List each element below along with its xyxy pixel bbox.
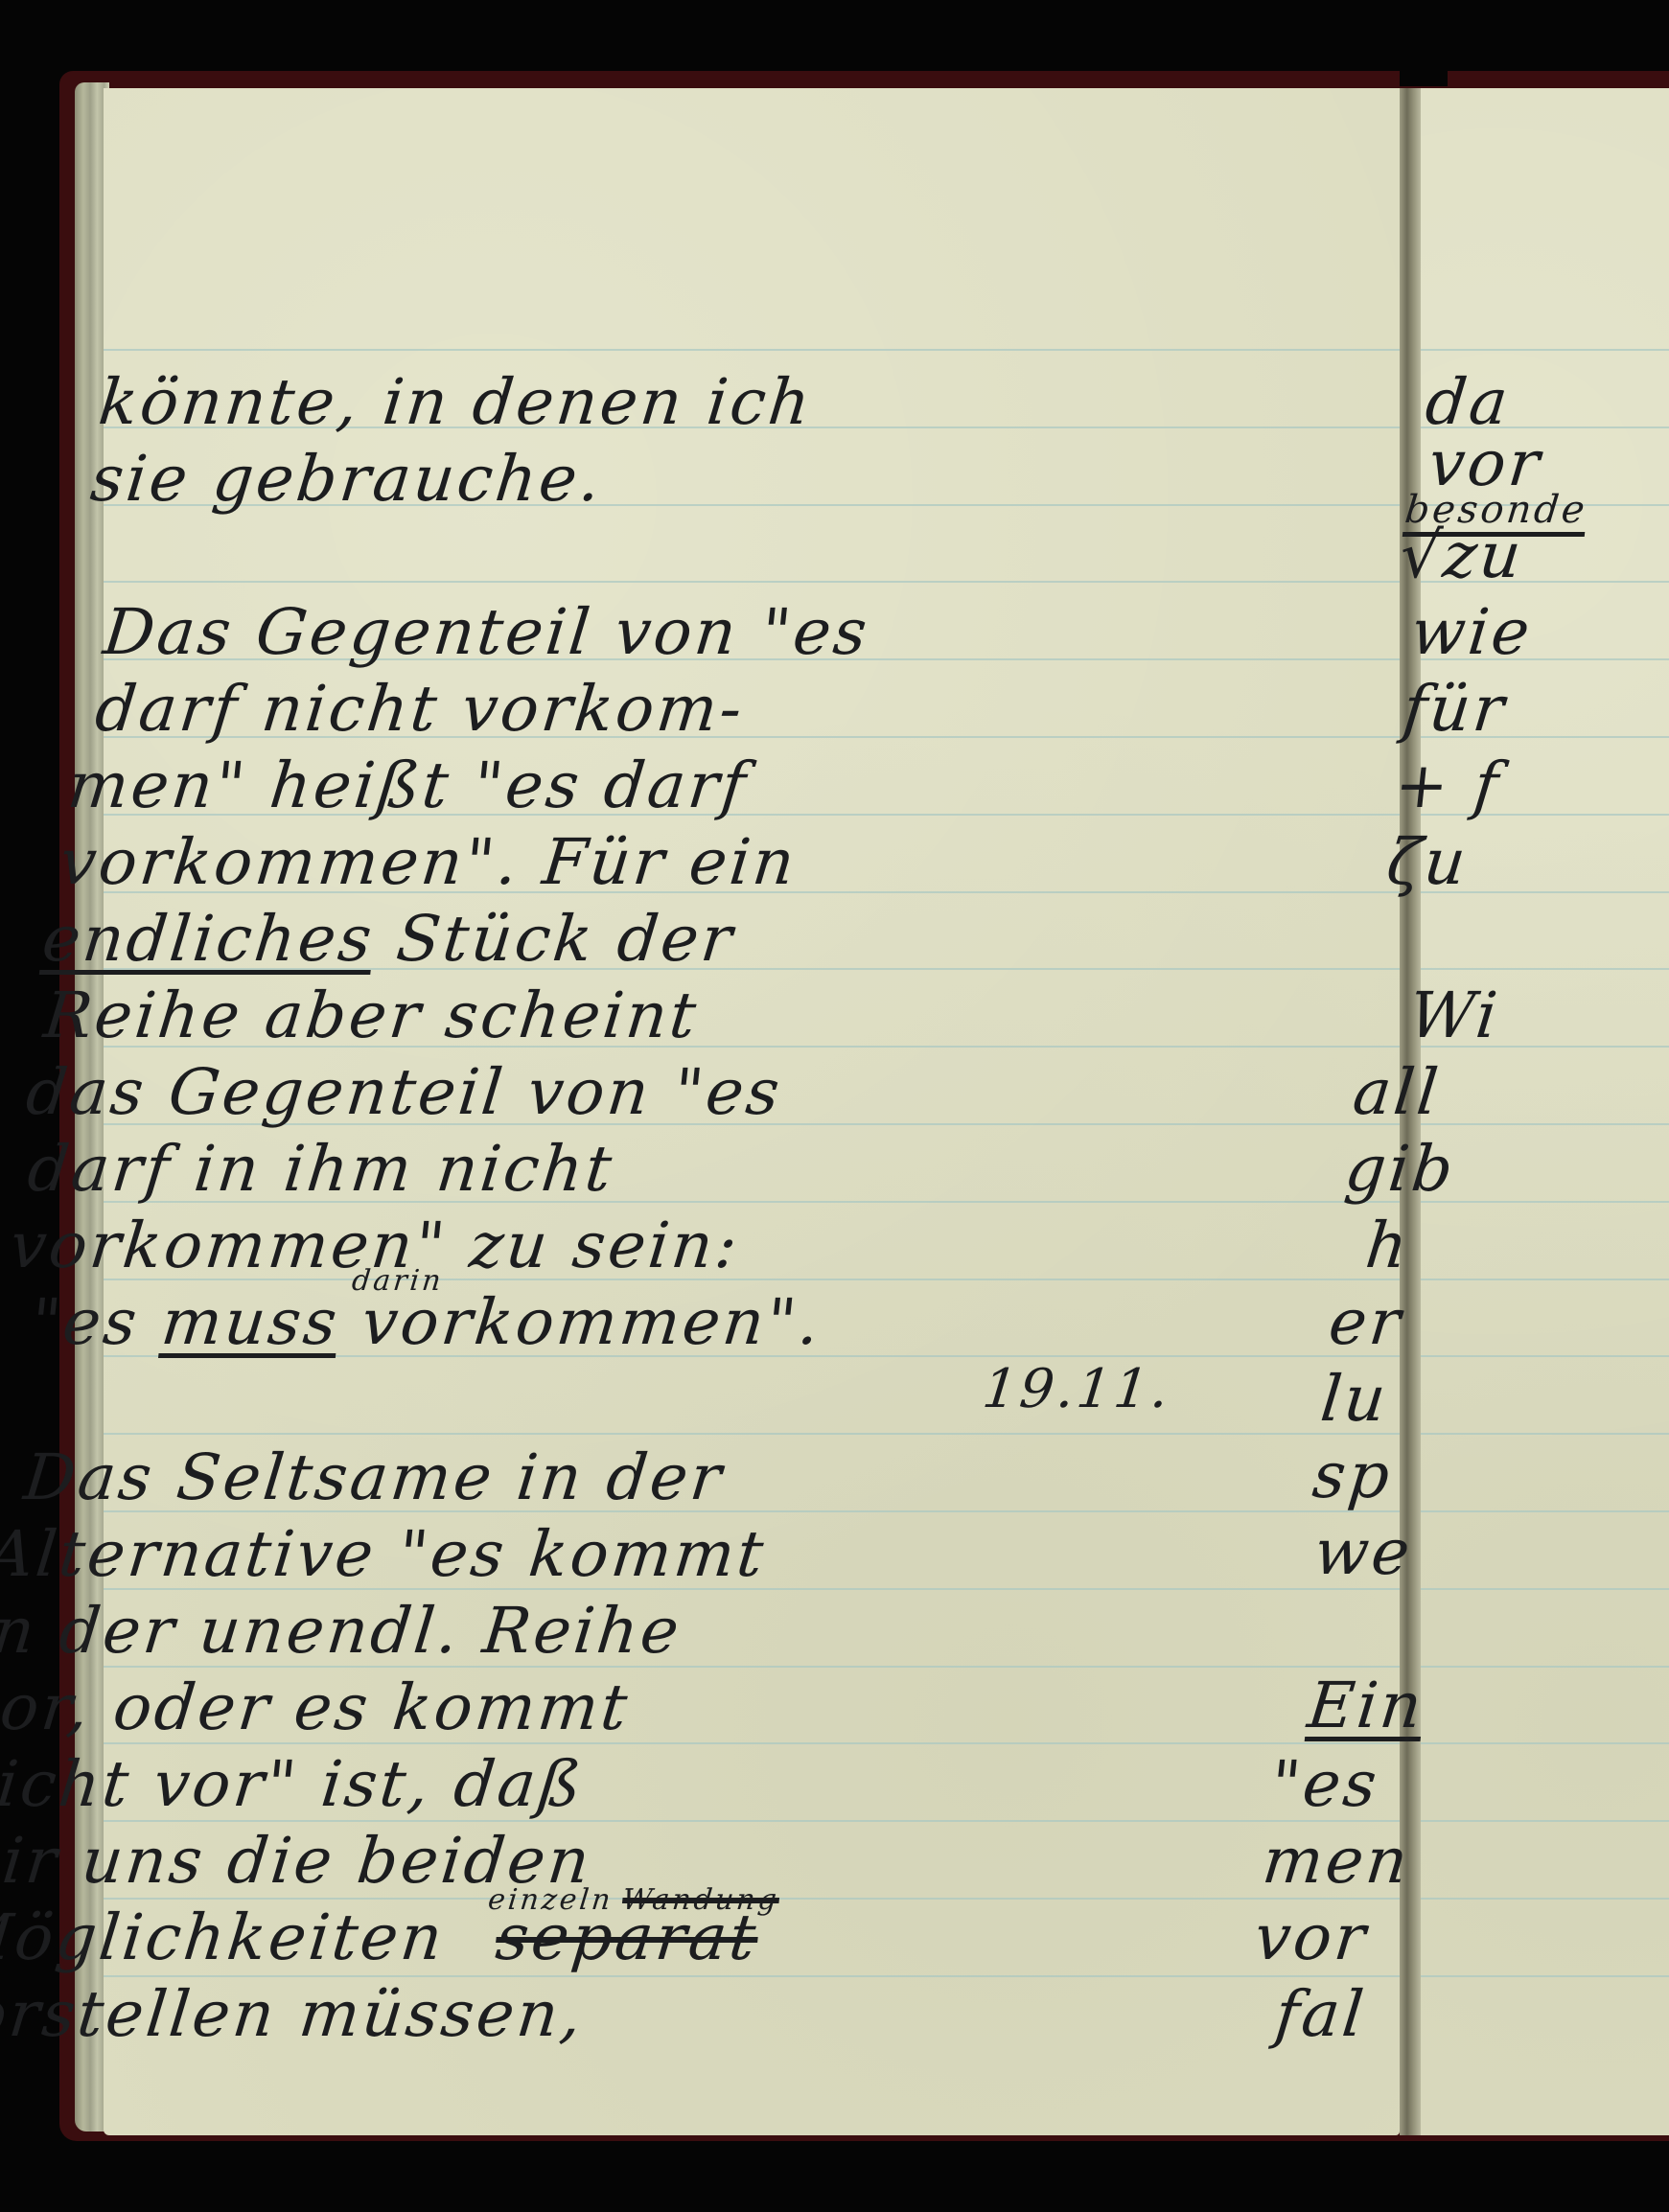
text-line: h — [1362, 1208, 1414, 1284]
ruled-line — [1421, 1279, 1669, 1280]
text-line: darf in ihm nicht — [24, 1131, 617, 1208]
cover-gap — [1400, 58, 1448, 86]
entry-date: 19.11. — [979, 1351, 1175, 1428]
text-line: könnte, in denen ich — [95, 364, 816, 441]
text-line: Alternative "es kommt — [0, 1516, 770, 1593]
text-line: vorkommen". Für ein — [57, 824, 800, 901]
ruled-line — [104, 349, 1400, 351]
text-line: "es muss vorkommen". darin — [27, 1284, 825, 1361]
text-line: we — [1310, 1514, 1416, 1591]
text-line: nicht vor" ist, daß — [0, 1746, 588, 1823]
text-line: in der unendl. Reihe — [0, 1593, 685, 1670]
ruled-line — [1421, 1355, 1669, 1357]
text-line: vorstellen müssen, — [0, 1976, 588, 2053]
text-line: "es — [1267, 1746, 1383, 1823]
ruled-line — [1421, 1742, 1669, 1744]
text-span: "es — [28, 1285, 166, 1359]
left-page: könnte, in denen ich sie gebrauche. Das … — [104, 88, 1400, 2135]
text-line: gib — [1341, 1131, 1459, 1208]
text-line: für — [1400, 671, 1511, 748]
text-line: men" heißt "es darf — [64, 748, 752, 824]
text-line: ζu — [1383, 824, 1472, 901]
ruled-line — [1421, 1123, 1669, 1125]
right-page: da vor besonde √zu wie für + f ζu Wi all… — [1421, 88, 1669, 2135]
text-line: sp — [1310, 1438, 1397, 1514]
text-line: fal — [1272, 1976, 1370, 2053]
ruled-line — [1421, 349, 1669, 351]
text-line: endliches Stück der — [38, 901, 738, 978]
underlined-word: muss — [158, 1285, 343, 1359]
text-line: lu — [1317, 1361, 1392, 1438]
text-line: darf nicht vorkom- — [92, 671, 749, 748]
text-line: Das Gegenteil von "es — [100, 594, 873, 671]
ruled-line — [1421, 1898, 1669, 1900]
text-line: Ein — [1304, 1668, 1427, 1744]
insertion: darin — [351, 1267, 446, 1296]
ruled-line — [104, 581, 1400, 583]
text-span: Stück der — [370, 902, 738, 976]
ruled-line — [1421, 1975, 1669, 1977]
text-line: Wi — [1405, 978, 1503, 1054]
ruled-line — [1421, 1820, 1669, 1822]
text-line: wie — [1407, 594, 1536, 671]
text-line: vor, oder es kommt — [0, 1670, 634, 1746]
text-line: sie gebrauche. — [87, 441, 607, 518]
text-line: all — [1350, 1054, 1445, 1131]
ruled-line — [104, 1433, 1400, 1435]
struck-insertion: Wandung — [621, 1886, 781, 1915]
text-line: men — [1259, 1823, 1414, 1900]
text-line: vor — [1251, 1900, 1372, 1976]
ruled-line — [1421, 1588, 1669, 1590]
ruled-line — [1421, 1666, 1669, 1668]
text-line: √zu — [1397, 518, 1528, 594]
text-line: Möglichkeiten separat einzeln Wandung — [0, 1900, 762, 1976]
text-line: das Gegenteil von "es — [23, 1054, 786, 1131]
ruled-line — [1421, 1433, 1669, 1435]
ruled-line — [1421, 968, 1669, 970]
text-line: er — [1325, 1284, 1406, 1361]
ruled-line — [1421, 1201, 1669, 1203]
text-line: + f — [1391, 748, 1504, 824]
insertion: einzeln — [487, 1886, 614, 1915]
text-span: Möglichkeiten — [0, 1901, 449, 1974]
text-line: Reihe aber scheint — [40, 978, 703, 1054]
text-line: Das Seltsame in der — [20, 1440, 728, 1516]
ruled-line — [1421, 1510, 1669, 1512]
underlined-word: endliches — [39, 902, 379, 976]
